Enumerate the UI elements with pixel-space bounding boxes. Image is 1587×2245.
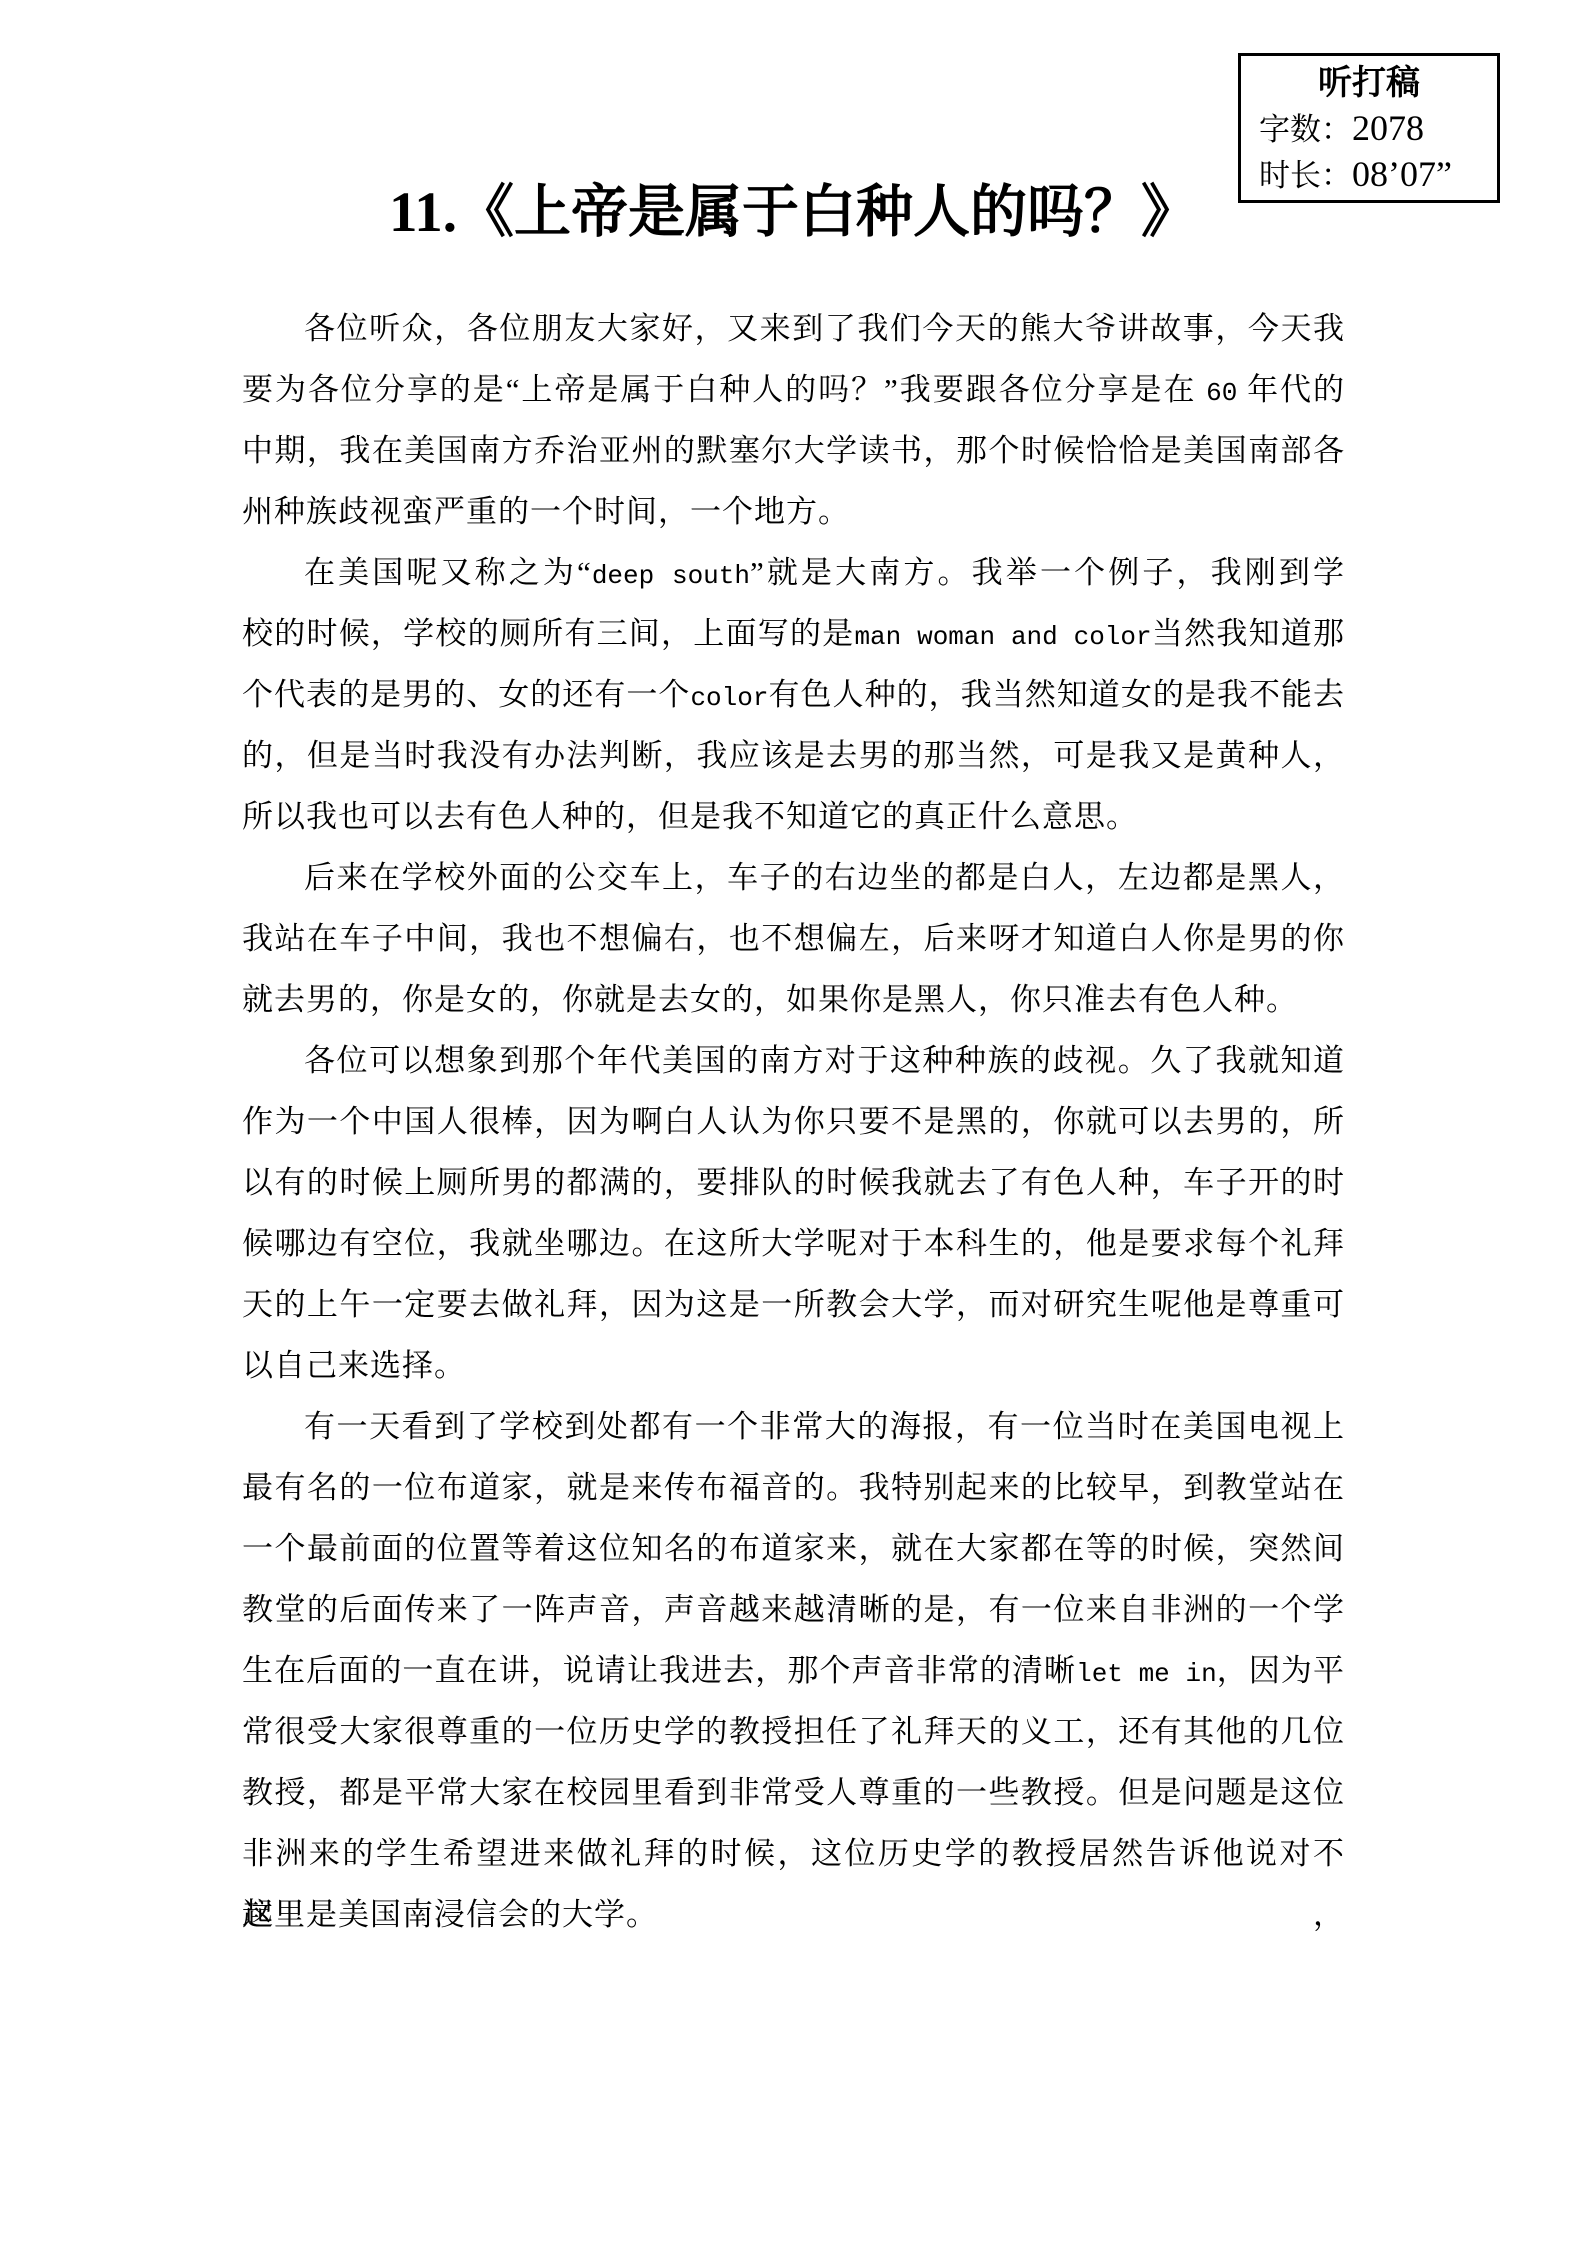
paragraph-line: 以有的时候上厕所男的都满的，要排队的时候我就去了有色人种，车子开的时 [242, 1152, 1345, 1213]
latin-text: deep south [592, 561, 750, 591]
paragraph-line: 教堂的后面传来了一阵声音，声音越来越清晰的是，有一位来自非洲的一个学 [242, 1579, 1345, 1640]
document-body: 各位听众，各位朋友大家好，又来到了我们今天的熊大爷讲故事，今天我要为各位分享的是… [242, 298, 1345, 1945]
paragraph-line: 中期，我在美国南方乔治亚州的默塞尔大学读书，那个时候恰恰是美国南部各 [242, 420, 1345, 481]
paragraph: 各位听众，各位朋友大家好，又来到了我们今天的熊大爷讲故事，今天我要为各位分享的是… [242, 298, 1345, 542]
transcript-info-box: 听打稿 字数：2078 时长：08’07” [1238, 53, 1500, 203]
paragraph-line: 候哪边有空位，我就坐哪边。在这所大学呢对于本科生的，他是要求每个礼拜 [242, 1213, 1345, 1274]
word-count-row: 字数：2078 [1241, 106, 1497, 152]
duration-label: 时长： [1259, 158, 1352, 193]
paragraph-line: 教授，都是平常大家在校园里看到非常受人尊重的一些教授。但是问题是这位 [242, 1762, 1345, 1823]
paragraph: 在美国呢又称之为“deep south”就是大南方。我举一个例子，我刚到学校的时… [242, 542, 1345, 847]
paragraph-line: 校的时候，学校的厕所有三间，上面写的是man woman and color当然… [242, 603, 1345, 664]
paragraph: 后来在学校外面的公交车上，车子的右边坐的都是白人，左边都是黑人，我站在车子中间，… [242, 847, 1345, 1030]
word-count-value: 2078 [1352, 108, 1424, 148]
word-count-label: 字数： [1259, 112, 1352, 147]
info-box-title: 听打稿 [1241, 62, 1497, 106]
paragraph-line: 州种族歧视蛮严重的一个时间，一个地方。 [242, 481, 1345, 542]
paragraph-line: 就去男的，你是女的，你就是去女的，如果你是黑人，你只准去有色人种。 [242, 969, 1345, 1030]
duration-row: 时长：08’07” [1241, 152, 1497, 198]
latin-text: let me in [1076, 1659, 1217, 1689]
paragraph-line: 常很受大家很尊重的一位历史学的教授担任了礼拜天的义工，还有其他的几位 [242, 1701, 1345, 1762]
paragraph-line: 所以我也可以去有色人种的，但是我不知道它的真正什么意思。 [242, 786, 1345, 847]
paragraph-line: 有一天看到了学校到处都有一个非常大的海报，有一位当时在美国电视上 [242, 1396, 1345, 1457]
paragraph-line: 各位听众，各位朋友大家好，又来到了我们今天的熊大爷讲故事，今天我 [242, 298, 1345, 359]
paragraph-line: 一个最前面的位置等着这位知名的布道家来，就在大家都在等的时候，突然间 [242, 1518, 1345, 1579]
duration-value: 08’07” [1352, 154, 1452, 194]
paragraph-line: 后来在学校外面的公交车上，车子的右边坐的都是白人，左边都是黑人， [242, 847, 1345, 908]
paragraph-line: 生在后面的一直在讲，说请让我进去，那个声音非常的清晰let me in，因为平 [242, 1640, 1345, 1701]
paragraph-line: 我站在车子中间，我也不想偏右，也不想偏左，后来呀才知道白人你是男的你 [242, 908, 1345, 969]
paragraph: 有一天看到了学校到处都有一个非常大的海报，有一位当时在美国电视上最有名的一位布道… [242, 1396, 1345, 1945]
paragraph: 各位可以想象到那个年代美国的南方对于这种种族的歧视。久了我就知道作为一个中国人很… [242, 1030, 1345, 1396]
paragraph-line: 的，但是当时我没有办法判断，我应该是去男的那当然，可是我又是黄种人， [242, 725, 1345, 786]
paragraph-line: 非洲来的学生希望进来做礼拜的时候，这位历史学的教授居然告诉他说对不起， [242, 1823, 1345, 1884]
latin-text: color [690, 683, 768, 713]
paragraph-line: 以自己来选择。 [242, 1335, 1345, 1396]
latin-text: man woman and color [854, 622, 1151, 652]
paragraph-line: 要为各位分享的是“上帝是属于白种人的吗？”我要跟各位分享是在 60 年代的 [242, 359, 1345, 420]
paragraph-line: 在美国呢又称之为“deep south”就是大南方。我举一个例子，我刚到学 [242, 542, 1345, 603]
paragraph-line: 最有名的一位布道家，就是来传布福音的。我特别起来的比较早，到教堂站在 [242, 1457, 1345, 1518]
paragraph-line: 各位可以想象到那个年代美国的南方对于这种种族的歧视。久了我就知道 [242, 1030, 1345, 1091]
paragraph-line: 作为一个中国人很棒，因为啊白人认为你只要不是黑的，你就可以去男的，所 [242, 1091, 1345, 1152]
paragraph-line: 个代表的是男的、女的还有一个color有色人种的，我当然知道女的是我不能去 [242, 664, 1345, 725]
paragraph-line: 天的上午一定要去做礼拜，因为这是一所教会大学，而对研究生呢他是尊重可 [242, 1274, 1345, 1335]
latin-text: 60 [1206, 378, 1237, 408]
